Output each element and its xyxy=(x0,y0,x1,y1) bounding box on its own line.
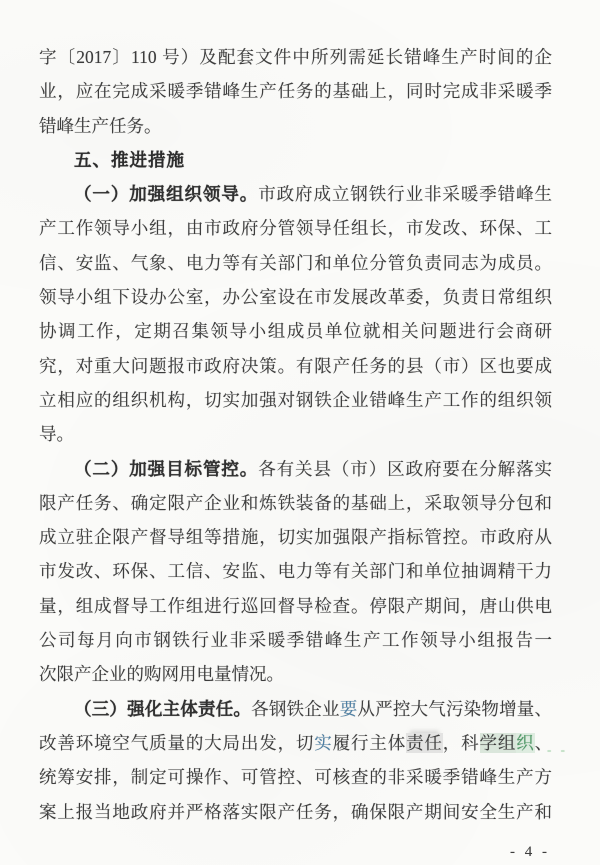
text-line-19: 次限产企业的购网用电量情况。 xyxy=(39,657,552,691)
text-line-13: （二）加强目标管控。各有关县（市）区政府要在分解落实 xyxy=(39,452,552,486)
text-segment: 领导小组下设办公室，办公室设在市发展改革委，负责日常组织 xyxy=(39,287,552,307)
text-segment: （二）加强目标管控。 xyxy=(74,459,258,479)
text-segment: 织 xyxy=(516,733,534,753)
text-segment: 成立驻企限产督导组等措施，切实加强限产指标管控。市政府从 xyxy=(39,527,552,547)
text-line-4: 五、推进措施 xyxy=(39,143,552,177)
text-segment: 五、推进措施 xyxy=(74,150,185,170)
text-segment: 责任 xyxy=(406,733,443,753)
text-segment: 要 xyxy=(340,699,358,719)
text-segment: 统筹安排，制定可操作、可管控、可核查的非采暖季错峰生产方 xyxy=(39,767,552,787)
document-body: 字〔2017〕110 号）及配套文件中所列需延长错峰生产时间的企业，应在完成采暖… xyxy=(39,40,552,829)
text-segment: 产工作领导小组，由市政府分管领导任组长，市发改、环保、工 xyxy=(39,218,552,238)
text-line-20: （三）强化主体责任。各钢铁企业要从严控大气污染物增量、 xyxy=(39,692,552,726)
text-line-23: 案上报当地政府并严格落实限产任务，确保限产期间安全生产和 xyxy=(39,795,552,829)
page-number: - 4 - xyxy=(510,842,550,862)
text-line-22: 统筹安排，制定可操作、可管控、可核查的非采暖季错峰生产方 xyxy=(39,760,552,794)
text-segment: 导。 xyxy=(39,424,74,444)
text-segment: 公司每月向市钢铁行业非采暖季错峰生产工作领导小组报告一 xyxy=(39,630,552,650)
text-segment: 限产任务、确定限产企业和炼铁装备的基础上，采取领导分包和 xyxy=(39,493,552,513)
text-line-16: 市发改、环保、工信、安监、电力等有关部门和单位抽调精干力 xyxy=(39,554,552,588)
text-line-5: （一）加强组织领导。市政府成立钢铁行业非采暖季错峰生 xyxy=(39,177,552,211)
text-segment: 履行主体 xyxy=(333,733,406,753)
text-segment: 学组 xyxy=(480,733,517,753)
text-line-8: 领导小组下设办公室，办公室设在市发展改革委，负责日常组织 xyxy=(39,280,552,314)
text-segment: 从严控大气污染物增量、 xyxy=(357,699,552,719)
text-line-7: 信、安监、气象、电力等有关部门和单位分管负责同志为成员。 xyxy=(39,246,552,280)
text-segment: 改善环境空气质量的大局出发，切 xyxy=(39,733,314,753)
text-segment: 各有关县（市）区政府要在分解落实 xyxy=(258,459,552,479)
text-segment: 实 xyxy=(314,733,332,753)
text-line-10: 究，对重大问题报市政府决策。有限产任务的县（市）区也要成 xyxy=(39,349,552,383)
text-line-6: 产工作领导小组，由市政府分管领导任组长，市发改、环保、工 xyxy=(39,211,552,245)
text-line-21: 改善环境空气质量的大局出发，切实履行主体责任，科学组织、 xyxy=(39,726,552,760)
text-segment: （一）加强组织领导。 xyxy=(74,184,258,204)
text-segment: （三）强化主体责任。 xyxy=(74,699,251,719)
text-segment: 立相应的组织机构，切实加强对钢铁企业错峰生产工作的组织领 xyxy=(39,390,552,410)
text-line-11: 立相应的组织机构，切实加强对钢铁企业错峰生产工作的组织领 xyxy=(39,383,552,417)
text-line-2: 业，应在完成采暖季错峰生产任务的基础上，同时完成非采暖季 xyxy=(39,74,552,108)
text-segment: 协调工作，定期召集领导小组成员单位就相关问题进行会商研 xyxy=(39,321,552,341)
text-segment: 信、安监、气象、电力等有关部门和单位分管负责同志为成员。 xyxy=(39,253,552,273)
text-line-3: 错峰生产任务。 xyxy=(39,109,552,143)
text-line-17: 量，组成督导工作组进行巡回督导检查。停限产期间，唐山供电 xyxy=(39,589,552,623)
text-segment: 市政府成立钢铁行业非采暖季错峰生 xyxy=(258,184,552,204)
text-segment: ，科 xyxy=(443,733,480,753)
text-line-15: 成立驻企限产督导组等措施，切实加强限产指标管控。市政府从 xyxy=(39,520,552,554)
text-segment: 次限产企业的购网用电量情况。 xyxy=(39,664,284,684)
scan-artifact-green-dashes: - - xyxy=(547,743,568,756)
text-segment: 字〔2017〕110 号）及配套文件中所列需延长错峰生产时间的企 xyxy=(39,47,552,67)
text-segment: 业，应在完成采暖季错峰生产任务的基础上，同时完成非采暖季 xyxy=(39,81,552,101)
text-line-14: 限产任务、确定限产企业和炼铁装备的基础上，采取领导分包和 xyxy=(39,486,552,520)
text-segment: 各钢铁企业 xyxy=(251,699,340,719)
text-segment: 案上报当地政府并严格落实限产任务，确保限产期间安全生产和 xyxy=(39,802,552,822)
text-segment: 究，对重大问题报市政府决策。有限产任务的县（市）区也要成 xyxy=(39,356,552,376)
text-line-1: 字〔2017〕110 号）及配套文件中所列需延长错峰生产时间的企 xyxy=(39,40,552,74)
scanned-document-page: 字〔2017〕110 号）及配套文件中所列需延长错峰生产时间的企业，应在完成采暖… xyxy=(0,0,600,865)
text-line-18: 公司每月向市钢铁行业非采暖季错峰生产工作领导小组报告一 xyxy=(39,623,552,657)
text-segment: 量，组成督导工作组进行巡回督导检查。停限产期间，唐山供电 xyxy=(39,596,552,616)
text-line-12: 导。 xyxy=(39,417,552,451)
text-line-9: 协调工作，定期召集领导小组成员单位就相关问题进行会商研 xyxy=(39,314,552,348)
text-segment: 错峰生产任务。 xyxy=(39,116,162,136)
text-segment: 市发改、环保、工信、安监、电力等有关部门和单位抽调精干力 xyxy=(39,561,552,581)
